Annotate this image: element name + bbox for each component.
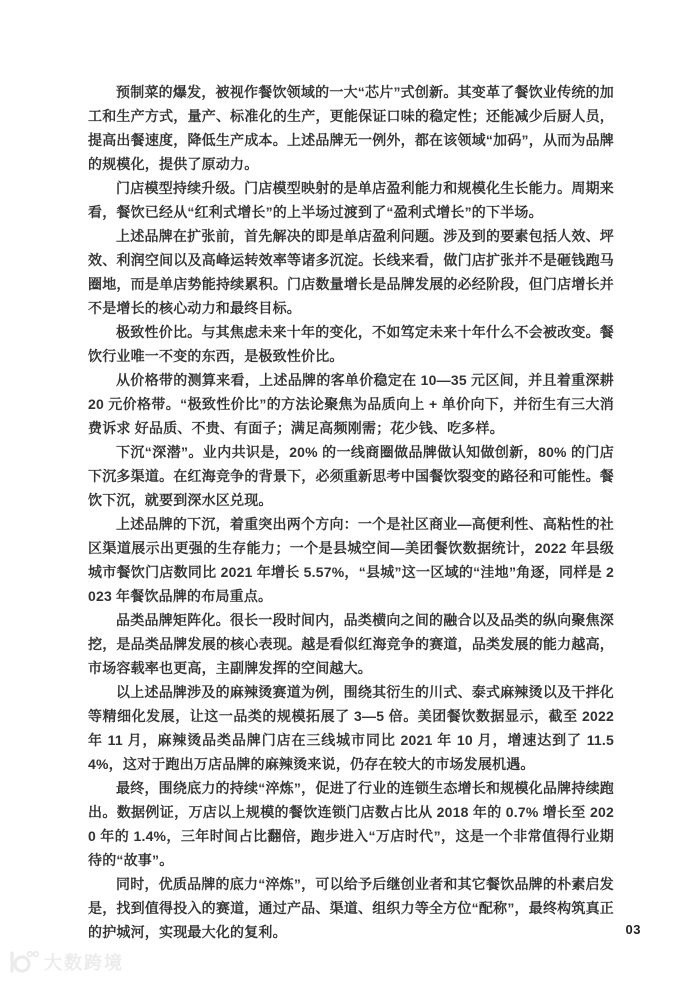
paragraph: 最终，围绕底力的持续“淬炼”，促进了行业的连锁生态增长和规模化品牌持续跑出。数据… xyxy=(88,776,614,872)
paragraph: 门店模型持续升级。门店模型映射的是单店盈利能力和规模化生长能力。周期来看，餐饮已… xyxy=(88,176,614,224)
page-number: 03 xyxy=(626,922,641,937)
document-page: 预制菜的爆发，被视作餐饮领域的一大“芯片”式创新。其变革了餐饮业传统的加工和生产… xyxy=(0,0,698,982)
paragraph: 品类品牌矩阵化。很长一段时间内，品类横向之间的融合以及品类的纵向聚焦深挖，是品类… xyxy=(88,608,614,680)
paragraph: 上述品牌的下沉，着重突出两个方向：一个是社区商业—高便利性、高粘性的社区渠道展示… xyxy=(88,512,614,608)
watermark-logo-icon xyxy=(8,949,40,975)
watermark-label: 大数跨境 xyxy=(44,949,124,975)
paragraph: 同时，优质品牌的底力“淬炼”，可以给予后继创业者和其它餐饮品牌的朴素启发是，找到… xyxy=(88,872,614,944)
paragraph: 下沉“深潜”。业内共识是，20% 的一线商圈做品牌做认知做创新，80% 的门店下… xyxy=(88,440,614,512)
paragraph: 上述品牌在扩张前，首先解决的即是单店盈利问题。涉及到的要素包括人效、坪效、利润空… xyxy=(88,224,614,320)
watermark: 大数跨境 xyxy=(8,949,124,975)
paragraph: 以上述品牌涉及的麻辣烫赛道为例，围绕其衍生的川式、泰式麻辣烫以及干拌化等精细化发… xyxy=(88,680,614,776)
paragraph: 从价格带的测算来看，上述品牌的客单价稳定在 10—35 元区间，并且着重深耕 2… xyxy=(88,368,614,440)
paragraph: 预制菜的爆发，被视作餐饮领域的一大“芯片”式创新。其变革了餐饮业传统的加工和生产… xyxy=(88,80,614,176)
document-body: 预制菜的爆发，被视作餐饮领域的一大“芯片”式创新。其变革了餐饮业传统的加工和生产… xyxy=(88,80,614,944)
paragraph: 极致性价比。与其焦虑未来十年的变化，不如笃定未来十年什么不会被改变。餐饮行业唯一… xyxy=(88,320,614,368)
